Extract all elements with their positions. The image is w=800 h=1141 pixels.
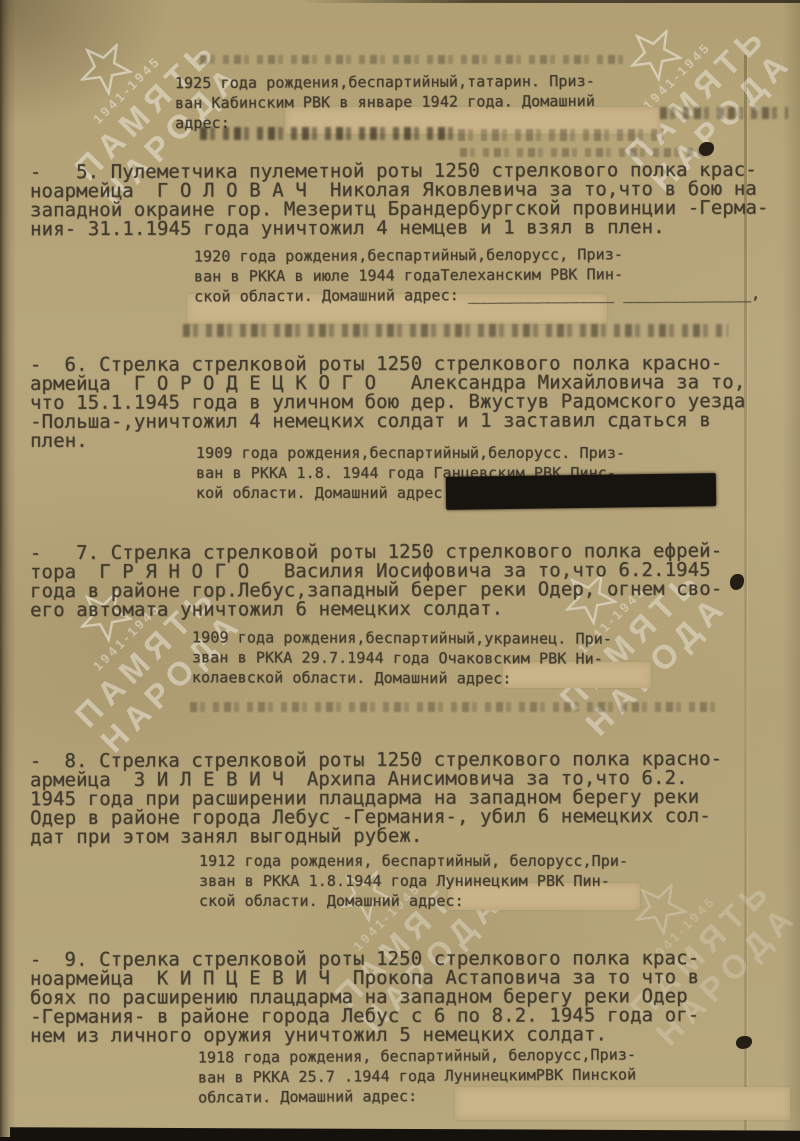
text-line: зван в РККА 1.8.1944 года Лунинецким РВК… (199, 871, 628, 891)
personal-info-block-1925: 1925 года рождения,беспартийный,татарин.… (175, 71, 595, 133)
citation-paragraph-8: - 8. Стрелка стрелковой роты 1250 стрелк… (30, 750, 723, 847)
text-line: ван в РККА 25.7 .1944 года ЛунинецкимРВК… (198, 1064, 636, 1087)
page-right-edge (782, 0, 800, 1141)
citation-paragraph-7: - 7. Стрелка стрелковой роты 1250 стрелк… (30, 542, 723, 620)
smudged-text-line (190, 702, 720, 712)
scanned-document-page: 1941-1945 ПАМЯТЬ НАРОДА 1941-1945 ПАМЯТЬ… (0, 0, 800, 1141)
text-line: -Польша-,уничтожил 4 немецких солдат и 1… (30, 411, 745, 432)
smudged-text-line (183, 324, 728, 337)
text-line: ской области. Домашний адрес: __________… (194, 284, 760, 307)
ink-speck (699, 142, 714, 156)
ink-speck (736, 1036, 752, 1049)
personal-info-block-1912: 1912 года рождения, беспартийный, белору… (199, 851, 628, 911)
text-line: облсати. Домашний адрес: (198, 1084, 636, 1107)
text-line: ния- 31.1.1945 года уничтожил 4 немцев и… (30, 218, 769, 240)
text-line: 1909 года рождения,беспартийный,белорусс… (196, 443, 625, 463)
page-top-edge (300, 0, 800, 3)
personal-info-block-1909-ukrainian: 1909 года рождения,беспартийный,украинец… (192, 627, 612, 688)
redaction-bar-address-1909 (446, 473, 716, 510)
smudged-text-line (460, 148, 710, 157)
text-line: дат при этом занял выгодный рубеж. (30, 826, 722, 847)
star-icon (67, 30, 139, 102)
text-line: колаевской области. Домашний адрес: (192, 667, 612, 688)
smudged-text-line (660, 107, 788, 119)
text-line: зван в РККА 29.7.1944 года Очаковским РВ… (192, 647, 612, 668)
smudged-text-line (458, 129, 663, 141)
star-icon (617, 16, 689, 88)
text-line: 1909 года рождения,беспартийный,украинец… (192, 627, 612, 648)
ink-speck (730, 574, 744, 590)
text-line: нем из личного оружия уничтожил 5 немецк… (30, 1025, 699, 1046)
personal-info-block-1920: 1920 года рождения,беспартийный,белорусс… (194, 244, 760, 307)
page-bottom-edge (0, 1137, 800, 1141)
text-line: ской области. Домашний адрес: (199, 891, 628, 911)
text-line: ван Кабинским РВК в январе 1942 года. До… (175, 91, 595, 113)
text-line: 1925 года рождения,беспартийный,татарин.… (175, 71, 595, 93)
citation-paragraph-5: - 5. Пулеметчика пулеметной роты 1250 ст… (30, 161, 769, 240)
smudged-text-line (200, 55, 630, 64)
citation-paragraph-6: - 6. Стрелка стрелковой роты 1250 стрелк… (30, 354, 746, 451)
text-line: его автомата уничтожил 6 немецких солдат… (30, 599, 722, 620)
citation-paragraph-9: - 9. Стрелка стрелковой роты 1250 стрелк… (30, 949, 700, 1046)
smudged-text-line (200, 127, 458, 140)
personal-info-block-1918: 1918 года рождения, беспартийный, белору… (198, 1044, 637, 1107)
text-line: 1912 года рождения, беспартийный, белору… (199, 851, 628, 871)
